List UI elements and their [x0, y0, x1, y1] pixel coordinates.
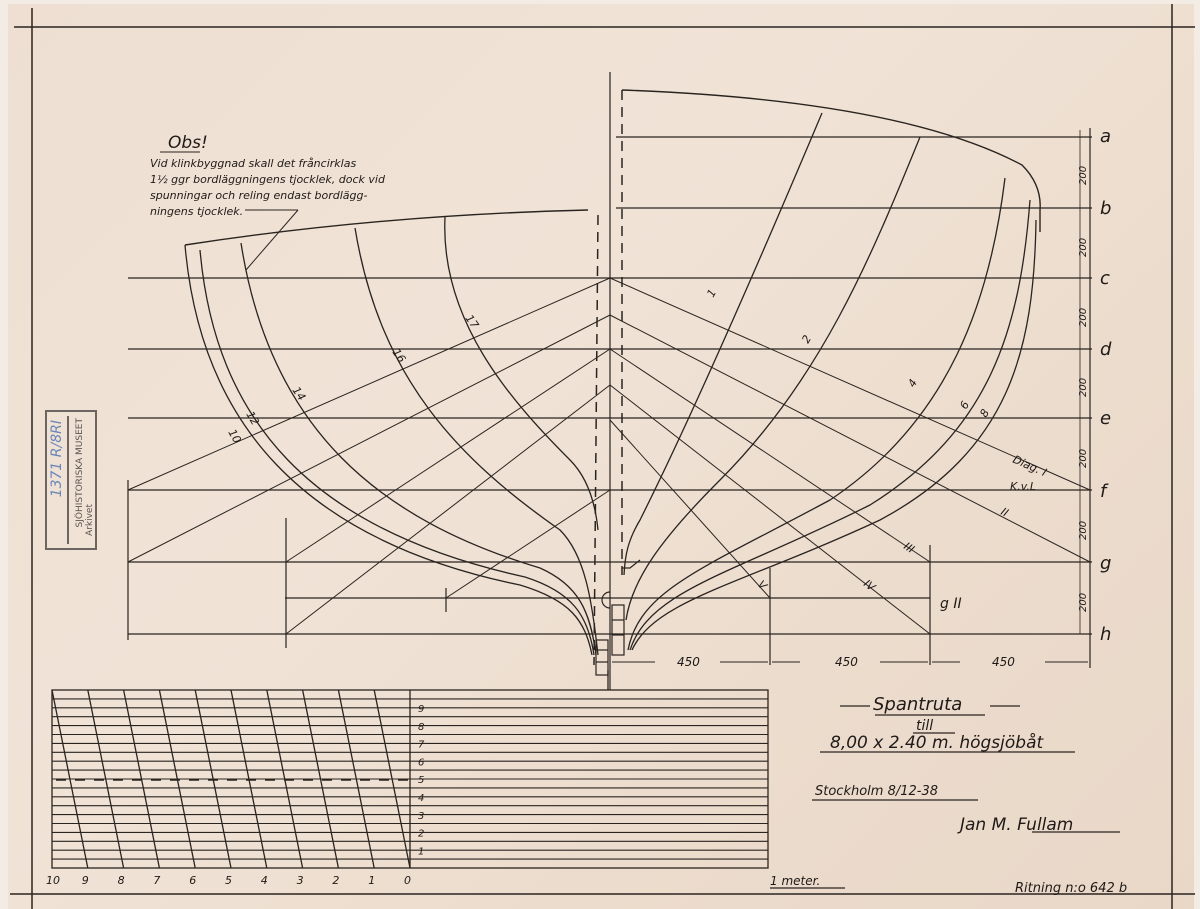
scale-vertical-label: 5	[418, 775, 424, 786]
title-block: Spantruta till 8,00 x 2.40 m. högsjöbåt …	[815, 694, 1127, 896]
drawing-subtitle: till	[916, 718, 933, 734]
note-title: Obs!	[168, 133, 208, 153]
stamp-handwritten: 1371 R/8RI	[49, 420, 65, 497]
scale-vertical-label: 4	[418, 793, 424, 804]
frame-2: 2	[799, 333, 814, 346]
scale-label: 7	[153, 874, 160, 887]
stamp-dept: Arkivet	[85, 504, 95, 536]
waterline-labels: a b c d e f g h	[1100, 126, 1112, 645]
frame-17: 17	[463, 312, 482, 331]
waterline-a: a	[1100, 126, 1111, 147]
aft-frames	[185, 217, 598, 655]
scale-label: 8	[118, 874, 125, 887]
spacing-bc: 200	[1078, 238, 1089, 257]
spacing-cd: 200	[1078, 308, 1089, 327]
fore-frames	[624, 113, 1036, 650]
place-date: Stockholm 8/12-38	[815, 784, 938, 799]
g-II-label: g II	[940, 596, 962, 612]
rabbet-lines	[594, 90, 622, 665]
dim-450-1: 450	[677, 655, 700, 669]
spacing-de: 200	[1078, 378, 1089, 397]
scale-grid	[52, 670, 768, 868]
scale-label: 3	[297, 874, 304, 887]
scale-left-labels: 109876543210	[46, 874, 411, 887]
frame-10: 10	[225, 427, 243, 446]
spacing-ab: 200	[1078, 166, 1089, 185]
note-line-2: 1½ ggr bordläggningens tjocklek, dock vi…	[150, 173, 386, 186]
diag-I-label: Diag. I	[1011, 453, 1049, 479]
stamp-divider	[67, 416, 69, 544]
scale-label: 9	[82, 874, 89, 887]
waterline-g: g	[1100, 553, 1111, 574]
waterline-c: c	[1100, 268, 1110, 289]
scale-label: 6	[189, 874, 196, 887]
diag-II-label: II	[999, 505, 1011, 520]
drawing-number: Ritning n:o 642 b	[1015, 881, 1127, 896]
dim-450-2: 450	[835, 655, 858, 669]
scale-label: 1	[368, 874, 375, 887]
keel	[596, 560, 640, 675]
diagonal-lines	[128, 278, 1090, 634]
spacing-fg: 200	[1078, 521, 1089, 540]
scale-vertical-label: 8	[418, 722, 424, 733]
archive-stamp: 1371 R/8RI SJÖHISTORISKA MUSEET Arkivet	[45, 410, 97, 550]
scale-vertical-label: 1	[418, 846, 424, 857]
signature: Jan M. Fullam	[957, 815, 1073, 835]
boat-spec: 8,00 x 2.40 m. högsjöbåt	[830, 732, 1044, 753]
waterline-h: h	[1100, 624, 1111, 645]
note-line-3: spunningar och reling endast bordlägg-	[150, 189, 367, 202]
spacing-ef: 200	[1078, 449, 1089, 468]
lines-plan-drawing: Obs! Vid klinkbyggnad skall det fråncirk…	[0, 0, 1200, 909]
waterline-d: d	[1100, 339, 1112, 360]
scale-vertical-label: 3	[418, 811, 424, 822]
dim-450-3: 450	[992, 655, 1015, 669]
spacing-gh: 200	[1078, 593, 1089, 612]
stamp-org: SJÖHISTORISKA MUSEET	[75, 418, 85, 528]
kvl-label: K.v.L	[1010, 480, 1036, 493]
scale-unit-label: 1 meter.	[770, 874, 820, 888]
scale-vertical-label: 7	[418, 740, 425, 751]
scale-vertical-labels: 987654321	[418, 704, 425, 857]
scale-vertical-label: 2	[418, 829, 424, 840]
scale-label: 2	[332, 874, 339, 887]
frame-labels: 10 12 14 16 17 1 2 4 6 8	[225, 287, 992, 446]
waterline-b: b	[1100, 198, 1111, 219]
note-line-4: ningens tjocklek.	[150, 205, 243, 218]
waterline-f: f	[1100, 481, 1109, 502]
frame-6: 6	[957, 399, 972, 412]
frame-4: 4	[905, 377, 920, 390]
scale-vertical-label: 9	[418, 704, 424, 715]
diag-III-label: III	[901, 540, 916, 556]
scale-vertical-label: 6	[418, 757, 424, 768]
diag-V-label: V	[755, 578, 771, 594]
drawing-title: Spantruta	[873, 694, 962, 715]
scale-label: 0	[404, 874, 411, 887]
note-line-1: Vid klinkbyggnad skall det fråncirklas	[150, 157, 356, 170]
frame-1: 1	[704, 287, 719, 300]
scale-label: 10	[46, 874, 60, 887]
scale-label: 5	[225, 874, 232, 887]
scale-label: 4	[261, 874, 268, 887]
frame-14: 14	[290, 384, 309, 403]
waterline-e: e	[1100, 408, 1111, 429]
